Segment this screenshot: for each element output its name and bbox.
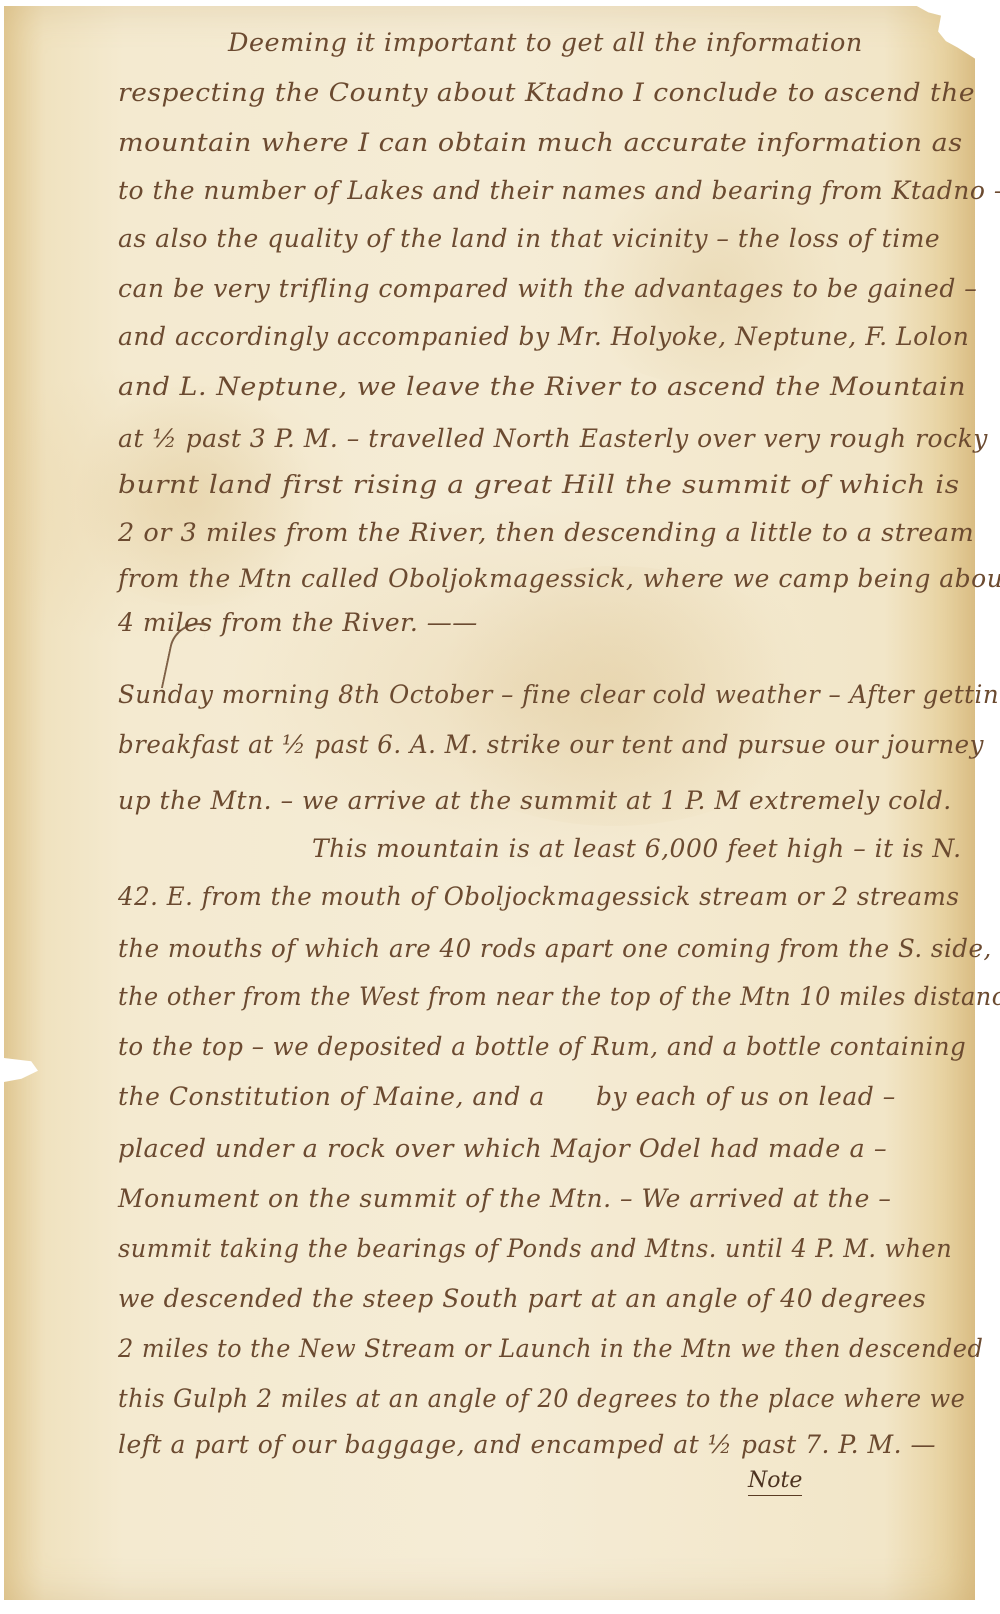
text-line: breakfast at ½ past 6. A. M. strike our … <box>118 730 984 759</box>
text-line: we descended the steep South part at an … <box>118 1284 926 1313</box>
text-line: the other from the West from near the to… <box>118 982 1000 1011</box>
footer-note: Note <box>748 1468 802 1496</box>
text-line: from the Mtn called Oboljokmagessick, wh… <box>118 564 1000 593</box>
text-line: Deeming it important to get all the info… <box>228 28 863 57</box>
text-line: this Gulph 2 miles at an angle of 20 deg… <box>118 1384 965 1413</box>
text-line: Sunday morning 8th October – fine clear … <box>118 680 1000 709</box>
text-line: as also the quality of the land in that … <box>118 224 940 253</box>
text-line: 42. E. from the mouth of Oboljockmagessi… <box>118 882 959 911</box>
text-line: the mouths of which are 40 rods apart on… <box>118 934 992 963</box>
text-line: up the Mtn. – we arrive at the summit at… <box>118 786 952 815</box>
text-line: to the top – we deposited a bottle of Ru… <box>118 1032 966 1061</box>
text-line: and accordingly accompanied by Mr. Holyo… <box>118 322 969 351</box>
text-line: to the number of Lakes and their names a… <box>118 176 1000 205</box>
text-line: the Constitution of Maine, and a <box>118 1082 545 1111</box>
text-line: and L. Neptune, we leave the River to as… <box>118 372 966 401</box>
text-line: mountain where I can obtain much accurat… <box>118 128 963 157</box>
text-line: 4 miles from the River. —— <box>118 608 478 637</box>
text-line: 2 miles to the New Stream or Launch in t… <box>118 1334 983 1363</box>
text-line: summit taking the bearings of Ponds and … <box>118 1234 952 1263</box>
text-line: Monument on the summit of the Mtn. – We … <box>118 1184 891 1213</box>
text-line: by each of us on lead – <box>596 1082 896 1111</box>
text-line: can be very trifling compared with the a… <box>118 274 977 303</box>
text-line: at ½ past 3 P. M. – travelled North East… <box>118 424 988 453</box>
text-line: respecting the County about Ktadno I con… <box>118 78 975 107</box>
text-line: 2 or 3 miles from the River, then descen… <box>118 518 974 547</box>
text-line: This mountain is at least 6,000 feet hig… <box>312 834 962 863</box>
text-line: left a part of our baggage, and encamped… <box>118 1430 936 1459</box>
text-line: burnt land first rising a great Hill the… <box>118 470 960 499</box>
text-line: placed under a rock over which Major Ode… <box>118 1134 887 1163</box>
